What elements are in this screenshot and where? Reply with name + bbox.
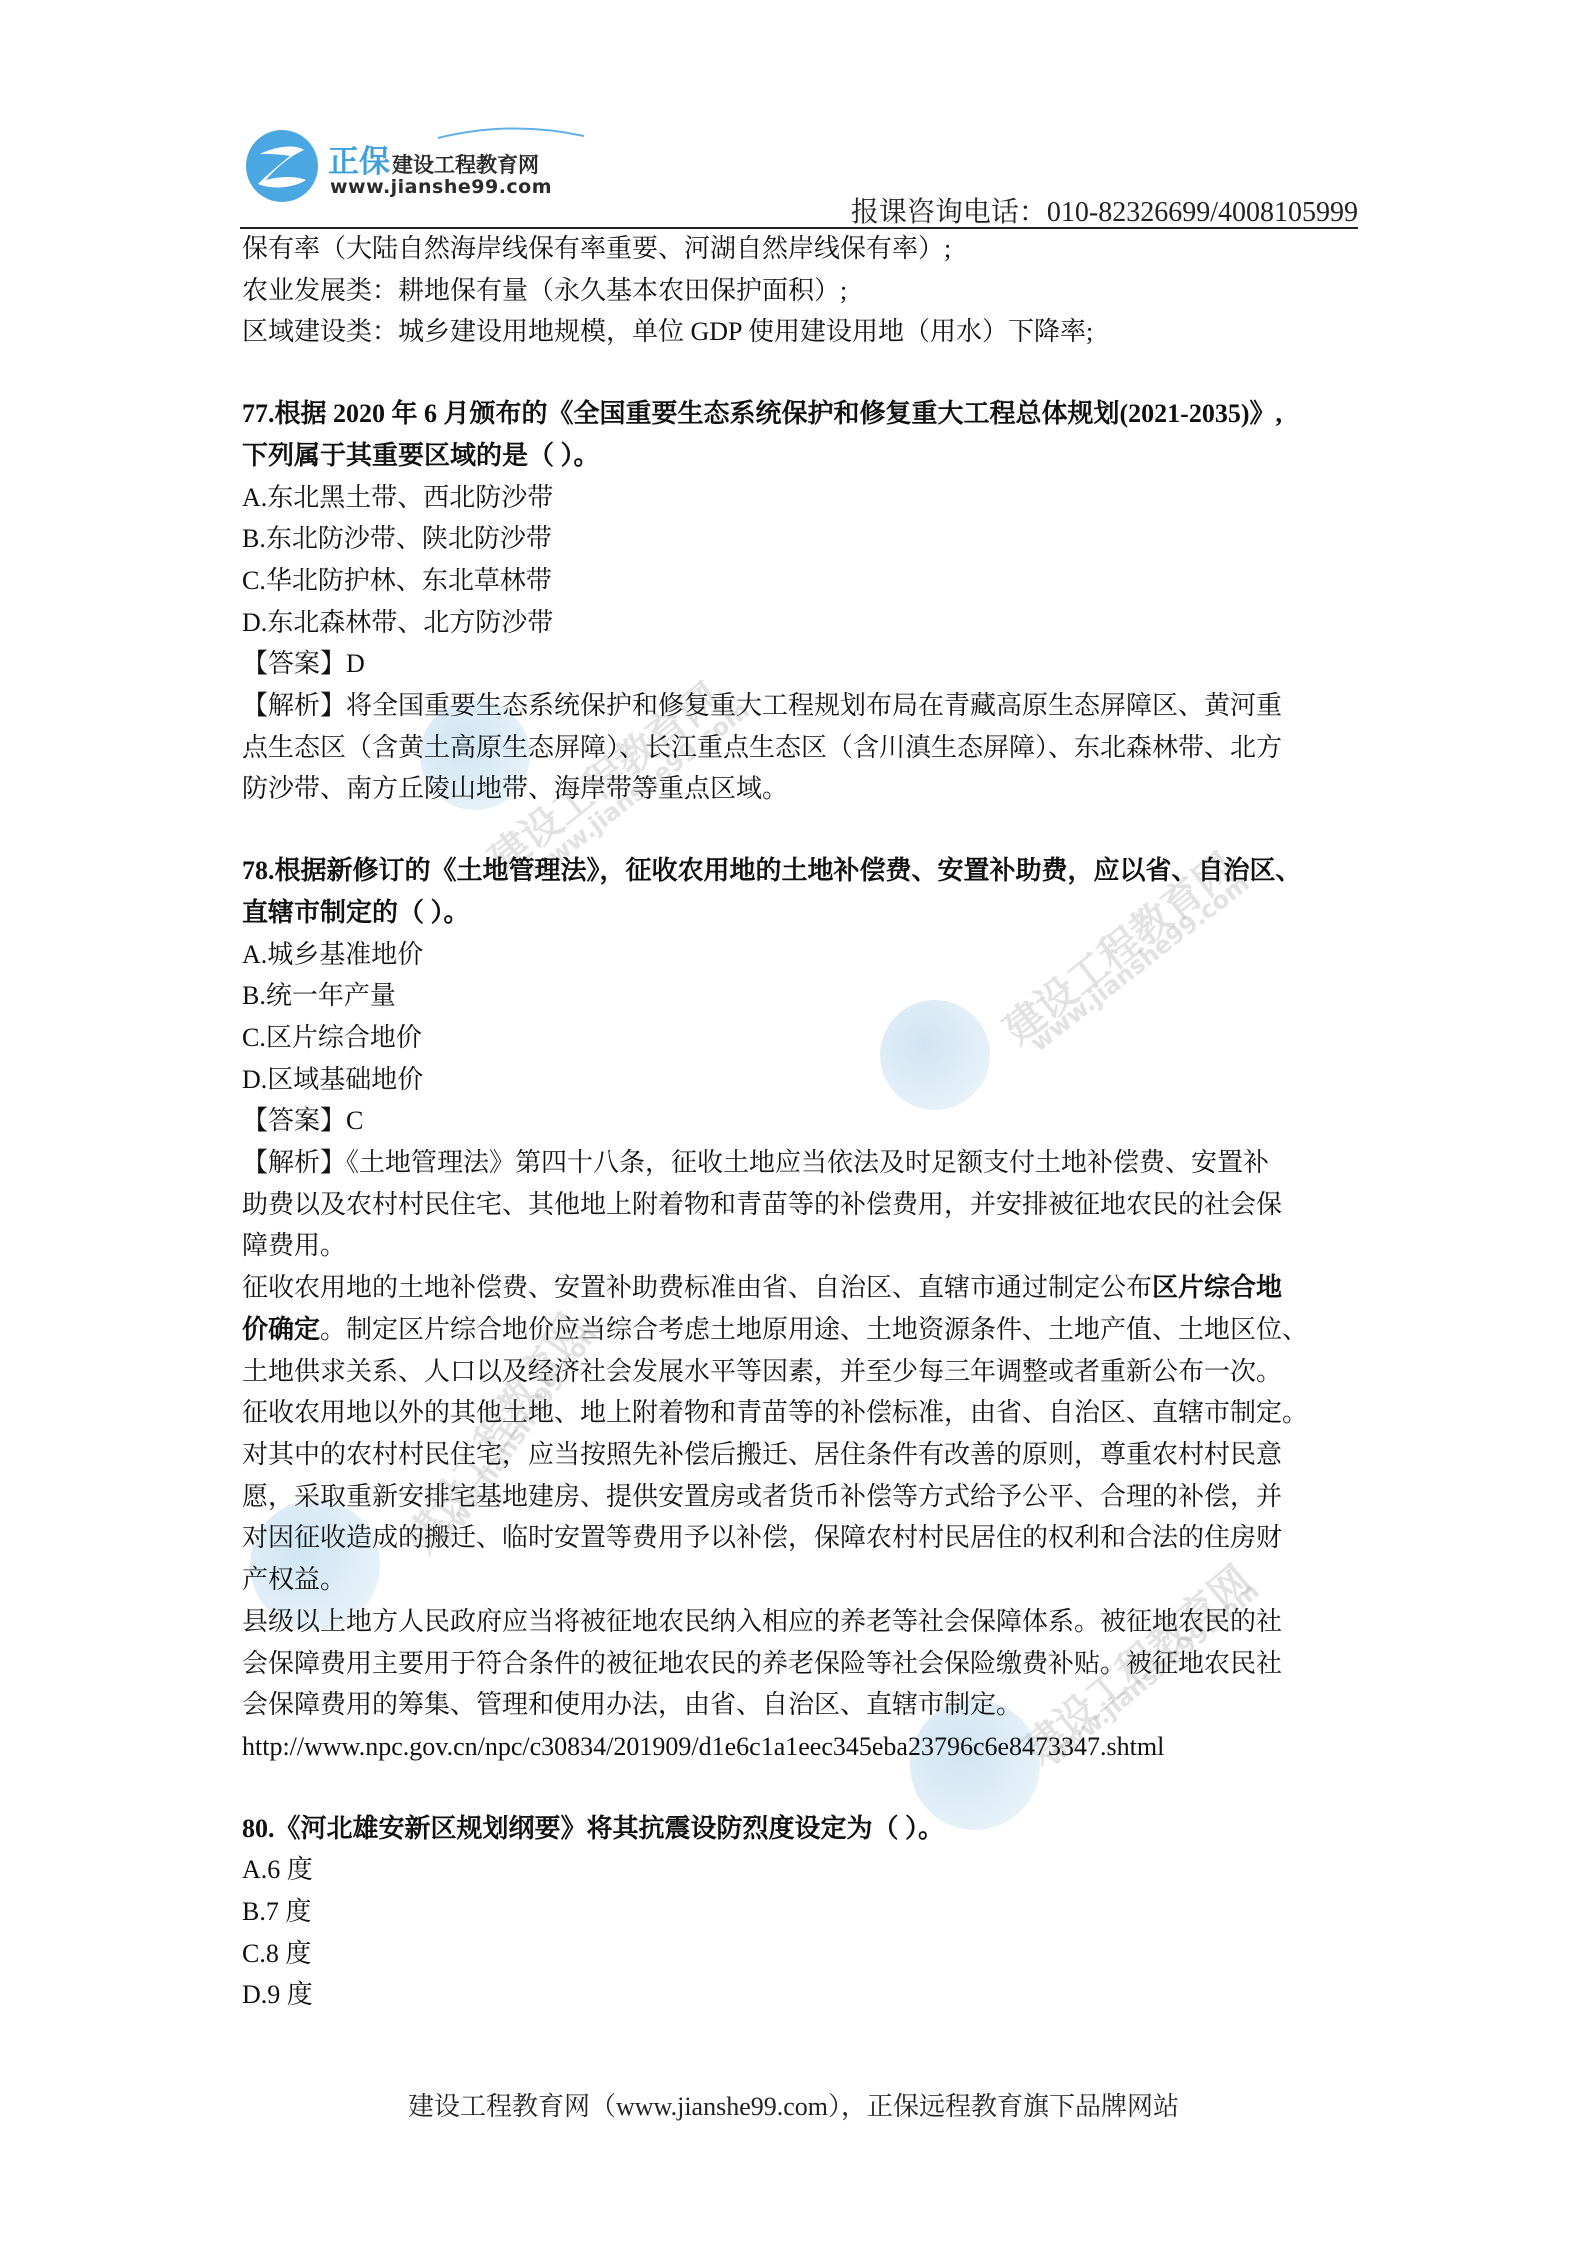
question-77: 77.根据 2020 年 6 月颁布的《全国重要生态系统保护和修复重大工程总体规… (242, 393, 1357, 810)
spacer (242, 810, 1357, 850)
document-page: 正保建设工程教育网 www.jianshe99.com 报课咨询电话：010-8… (0, 0, 1587, 2245)
analysis-line: 对其中的农村村民住宅，应当按照先补偿后搬迁、居住条件有改善的原则，尊重农村村民意 (242, 1434, 1357, 1476)
question-80: 80.《河北雄安新区规划纲要》将其抗震设防烈度设定为（ ）。 A.6 度 B.7… (242, 1808, 1357, 2017)
option-c: C.华北防护林、东北草林带 (242, 560, 1357, 602)
analysis-line: 助费以及农村村民住宅、其他地上附着物和青苗等的补偿费用，并安排被征地农民的社会保 (242, 1184, 1357, 1226)
intro-line: 农业发展类：耕地保有量（永久基本农田保护面积）; (242, 270, 1357, 312)
analysis-line: 会保障费用的筹集、管理和使用办法，由省、自治区、直辖市制定。 (242, 1684, 1357, 1726)
source-link[interactable]: http://www.npc.gov.cn/npc/c30834/201909/… (242, 1726, 1357, 1768)
analysis-line: 【解析】将全国重要生态系统保护和修复重大工程规划布局在青藏高原生态屏障区、黄河重 (242, 685, 1357, 727)
option-d: D.9 度 (242, 1974, 1357, 2016)
spacer (242, 1768, 1357, 1808)
answer: 【答案】C (242, 1100, 1357, 1142)
analysis-line: 点生态区（含黄土高原生态屏障）、长江重点生态区（含川滇生态屏障）、东北森林带、北… (242, 727, 1357, 769)
analysis-line: 防沙带、南方丘陵山地带、海岸带等重点区域。 (242, 768, 1357, 810)
logo-brand-name: 正保建设工程教育网 (328, 136, 539, 181)
question-stem: 下列属于其重要区域的是（ ）。 (242, 435, 1357, 477)
option-a: A.城乡基准地价 (242, 934, 1357, 976)
option-b: B.7 度 (242, 1891, 1357, 1933)
question-stem: 80.《河北雄安新区规划纲要》将其抗震设防烈度设定为（ ）。 (242, 1808, 1357, 1850)
site-logo[interactable]: 正保建设工程教育网 www.jianshe99.com (246, 124, 586, 204)
spacer (242, 353, 1357, 393)
question-stem: 直辖市制定的（ ）。 (242, 892, 1357, 934)
analysis-line: 对因征收造成的搬迁、临时安置等费用予以补偿，保障农村村民居住的权利和合法的住房财 (242, 1517, 1357, 1559)
page-footer: 建设工程教育网（www.jianshe99.com），正保远程教育旗下品牌网站 (0, 2086, 1587, 2123)
question-stem: 77.根据 2020 年 6 月颁布的《全国重要生态系统保护和修复重大工程总体规… (242, 393, 1357, 435)
analysis-text: 。制定区片综合地价应当综合考虑土地原用途、土地资源条件、土地产值、土地区位、 (320, 1315, 1308, 1344)
option-b: B.统一年产量 (242, 975, 1357, 1017)
analysis-line: 县级以上地方人民政府应当将被征地农民纳入相应的养老等社会保障体系。被征地农民的社 (242, 1601, 1357, 1643)
question-stem: 78.根据新修订的《土地管理法》，征收农用地的土地补偿费、安置补助费，应以省、自… (242, 850, 1357, 892)
analysis-bold-text: 价确定 (242, 1315, 320, 1344)
document-body: 保有率（大陆自然海岸线保有率重要、河湖自然岸线保有率）; 农业发展类：耕地保有量… (242, 228, 1357, 2016)
option-c: C.8 度 (242, 1933, 1357, 1975)
answer: 【答案】D (242, 643, 1357, 685)
analysis-line: 征收农用地的土地补偿费、安置补助费标准由省、自治区、直辖市通过制定公布区片综合地 (242, 1267, 1357, 1309)
option-a: A.东北黑土带、西北防沙带 (242, 477, 1357, 519)
logo-url: www.jianshe99.com (330, 176, 552, 198)
option-a: A.6 度 (242, 1849, 1357, 1891)
logo-brand-dark: 建设工程教育网 (392, 153, 539, 177)
analysis-bold-text: 区片综合地 (1152, 1273, 1282, 1302)
logo-brand-blue: 正保 (328, 144, 390, 180)
option-d: D.东北森林带、北方防沙带 (242, 602, 1357, 644)
analysis-line: 土地供求关系、人口以及经济社会发展水平等因素，并至少每三年调整或者重新公布一次。 (242, 1351, 1357, 1393)
option-b: B.东北防沙带、陕北防沙带 (242, 518, 1357, 560)
analysis-line: 愿，采取重新安排宅基地建房、提供安置房或者货币补偿等方式给予公平、合理的补偿，并 (242, 1476, 1357, 1518)
analysis-line: 会保障费用主要用于符合条件的被征地农民的养老保险等社会保险缴费补贴。被征地农民社 (242, 1643, 1357, 1685)
analysis-line: 价确定。制定区片综合地价应当综合考虑土地原用途、土地资源条件、土地产值、土地区位… (242, 1309, 1357, 1351)
zhengbao-logo-icon (246, 130, 318, 202)
question-78: 78.根据新修订的《土地管理法》，征收农用地的土地补偿费、安置补助费，应以省、自… (242, 850, 1357, 1767)
analysis-line: 障费用。 (242, 1225, 1357, 1267)
analysis-line: 征收农用地以外的其他土地、地上附着物和青苗等的补偿标准，由省、自治区、直辖市制定… (242, 1392, 1357, 1434)
analysis-line: 产权益。 (242, 1559, 1357, 1601)
hotline-text: 报课咨询电话：010-82326699/4008105999 (851, 190, 1358, 230)
analysis-line: 【解析】《土地管理法》第四十八条，征收土地应当依法及时足额支付土地补偿费、安置补 (242, 1142, 1357, 1184)
intro-line: 保有率（大陆自然海岸线保有率重要、河湖自然岸线保有率）; (242, 228, 1357, 270)
option-c: C.区片综合地价 (242, 1017, 1357, 1059)
analysis-text: 征收农用地的土地补偿费、安置补助费标准由省、自治区、直辖市通过制定公布 (242, 1273, 1152, 1302)
option-d: D.区域基础地价 (242, 1059, 1357, 1101)
intro-line: 区域建设类：城乡建设用地规模，单位 GDP 使用建设用地（用水）下降率; (242, 311, 1357, 353)
